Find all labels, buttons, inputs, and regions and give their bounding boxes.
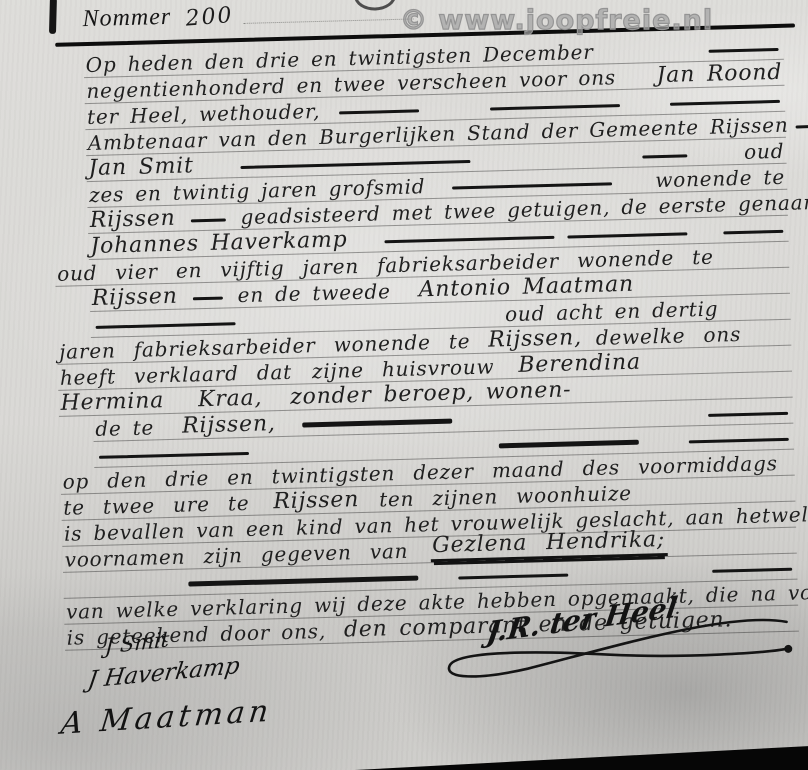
ink-dash <box>458 574 568 580</box>
handwritten-text: te twee ure te <box>61 491 252 520</box>
watermark: © www.joopfreie.nl <box>400 5 713 36</box>
handwritten-text: Hermina <box>58 389 166 416</box>
ink-dash <box>490 104 620 110</box>
ink-dash <box>188 576 418 587</box>
paper-tilt-wrapper: Nommer 200 Op heden den drie en twintigs… <box>0 0 808 770</box>
handwritten-text: oud <box>742 139 787 164</box>
ink-dash <box>689 438 789 444</box>
ink-dash <box>723 230 783 235</box>
ink-dash <box>191 218 226 222</box>
handwritten-text: de te <box>93 415 156 441</box>
handwritten-text: Kraa, <box>196 387 265 413</box>
handwritten-text: Rijssen <box>271 488 361 514</box>
ink-dash <box>303 419 453 428</box>
dotted-rule <box>243 18 413 23</box>
document-body: Op heden den drie en twintigsten Decembe… <box>0 33 808 652</box>
ink-dash <box>796 124 808 128</box>
nommer-value: 200 <box>184 3 234 32</box>
ink-dash <box>96 322 236 329</box>
ink-dash <box>670 100 780 106</box>
handwritten-text: en de tweede <box>235 279 393 307</box>
handwritten-text: is geteekend door ons, <box>64 619 328 650</box>
handwritten-text: zijne huisvrouw <box>310 354 497 383</box>
ink-dash <box>499 440 639 449</box>
handwritten-text: Rijssen <box>88 207 178 233</box>
ink-dash <box>99 452 249 459</box>
handwritten-text: Rijssen, <box>180 412 278 439</box>
ink-dash <box>452 182 612 189</box>
signature-a-maatman: A Maatman <box>59 694 274 742</box>
handwritten-text: Rijssen <box>90 285 180 311</box>
ink-dash <box>642 154 687 158</box>
nommer-label: Nommer <box>82 4 171 33</box>
signature-j-haverkamp: J Haverkamp <box>86 653 241 694</box>
ink-dash <box>567 232 687 238</box>
ink-dash <box>385 236 555 243</box>
ink-dash <box>193 297 223 301</box>
document-scan: © www.joopfreie.nl Nommer 200 Op heden d… <box>0 0 808 770</box>
handwritten-text: wonende te <box>653 165 787 192</box>
handwritten-text: Rijssen, <box>486 326 584 353</box>
ink-smudge-artifact <box>49 0 57 34</box>
handwritten-text: Berendina <box>516 351 643 378</box>
ink-dash <box>709 48 779 53</box>
ink-dash <box>708 412 788 417</box>
handwritten-text: Jan Smit <box>86 154 196 181</box>
ink-dash <box>241 160 471 169</box>
handwritten-text: dewelke ons <box>594 322 744 350</box>
ink-dash <box>339 109 419 114</box>
handwritten-text: Jan Roond <box>654 61 784 88</box>
ink-dash <box>712 568 792 573</box>
